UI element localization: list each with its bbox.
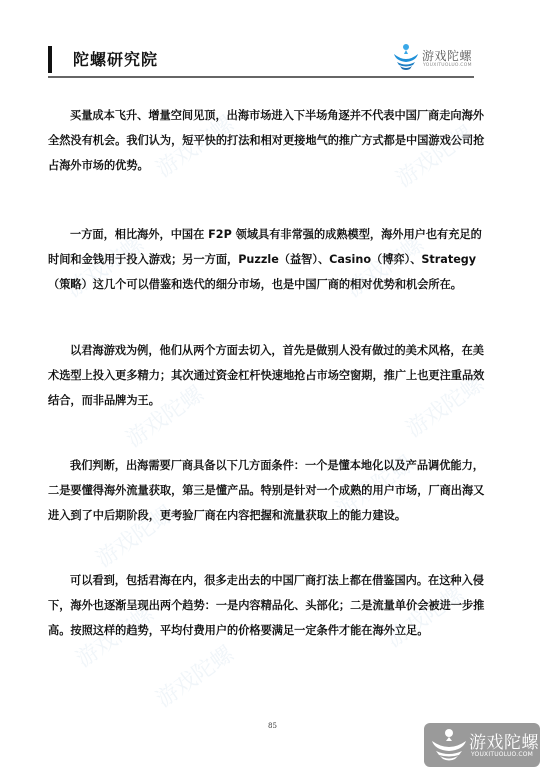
header-divider bbox=[48, 76, 474, 78]
watermark: 游戏陀螺 bbox=[149, 638, 239, 714]
paragraph: 我们判断，出海需要厂商具备以下几方面条件：一个是懂本地化以及产品调优能力，二是要… bbox=[48, 453, 488, 528]
watermark-badge: 游戏陀螺 YOUXITUOLUO.COM bbox=[424, 723, 540, 767]
spinning-top-icon bbox=[429, 727, 469, 763]
header-accent-bar bbox=[48, 46, 52, 73]
spinning-top-icon bbox=[392, 42, 420, 72]
header-title: 陀螺研究院 bbox=[73, 47, 158, 70]
logo-text-cn: 游戏陀螺 bbox=[422, 47, 472, 64]
page-number: 85 bbox=[268, 722, 277, 730]
paragraph: 买量成本飞升、增量空间见顶，出海市场进入下半场角逐并不代表中国厂商走向海外全然没… bbox=[48, 103, 488, 178]
brand-logo: 游戏陀螺 YOUXITUOLUO.COM bbox=[392, 42, 482, 72]
paragraph: 以君海游戏为例，他们从两个方面去切入，首先是做别人没有做过的美术风格，在美术选型… bbox=[48, 338, 488, 413]
paragraph: 可以看到，包括君海在内，很多走出去的中国厂商打法上都在借鉴国内。在这种入侵下，海… bbox=[48, 568, 488, 643]
paragraph: 一方面，相比海外，中国在 F2P 领域具有非常强的成熟模型，海外用户也有充足的时… bbox=[48, 222, 488, 297]
badge-text-en: YOUXITUOLUO.COM bbox=[471, 751, 533, 758]
logo-text-en: YOUXITUOLUO.COM bbox=[423, 63, 472, 68]
badge-text-cn: 游戏陀螺 bbox=[469, 728, 539, 753]
